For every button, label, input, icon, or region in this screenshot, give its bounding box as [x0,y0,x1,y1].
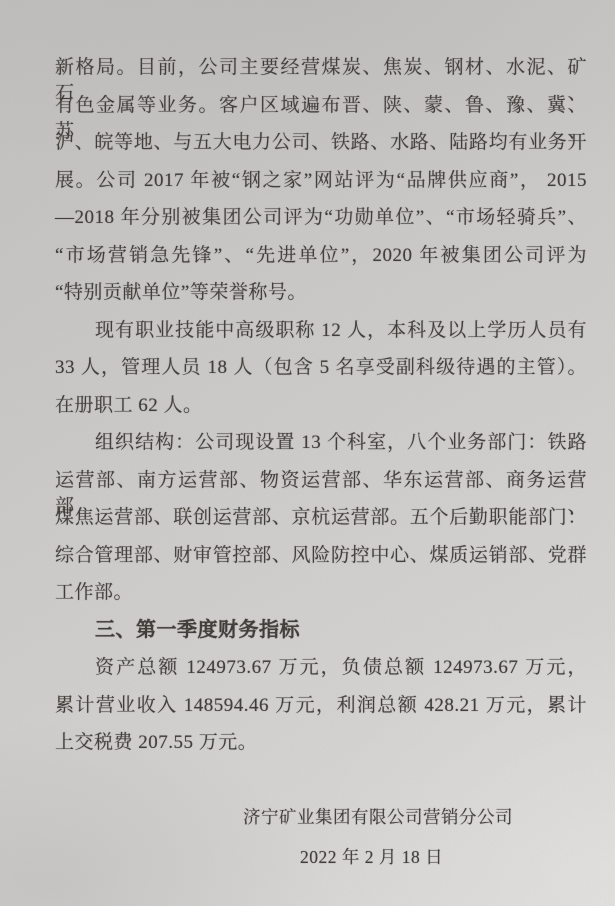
body-text-line: 运营部、南方运营部、物资运营部、华东运营部、商务运营部、 [55,468,587,498]
body-text-line: 33 人，管理人员 18 人（包含 5 名享受副科级待遇的主管）。 [55,355,587,385]
body-text-line: 组织结构：公司现设置 13 个科室，八个业务部门：铁路 [55,430,587,460]
body-text-line: 工作部。 [55,580,587,610]
body-text-line: 沪、皖等地、与五大电力公司、铁路、水路、陆路均有业务开 [55,130,587,160]
body-text-line: 有色金属等业务。客户区域遍布晋、陕、蒙、鲁、豫、冀、苏、 [55,93,587,123]
body-text-line: 新格局。目前，公司主要经营煤炭、焦炭、钢材、水泥、矿石、 [55,55,587,85]
section-heading-q1-financials: 三、第一季度财务指标 [55,617,587,647]
body-text-line: 累计营业收入 148594.46 万元，利润总额 428.21 万元，累计 [55,693,587,723]
body-text-line: 资产总额 124973.67 万元，负债总额 124973.67 万元， [55,655,587,685]
body-text-line: 展。公司 2017 年被“钢之家”网站评为“品牌供应商”， 2015 [55,168,587,198]
body-text-line: 煤焦运营部、联创运营部、京杭运营部。五个后勤职能部门： [55,505,587,535]
signature-company: 济宁矿业集团有限公司营销分公司 [243,804,513,829]
body-text-line: 在册职工 62 人。 [55,393,587,423]
body-text-line: —2018 年分别被集团公司评为“功勋单位”、“市场轻骑兵”、 [55,205,587,235]
scanned-document-page: 新格局。目前，公司主要经营煤炭、焦炭、钢材、水泥、矿石、 有色金属等业务。客户区… [0,0,615,906]
body-text-line: 现有职业技能中高级职称 12 人，本科及以上学历人员有 [55,318,587,348]
body-text-line: “市场营销急先锋”、“先进单位”，2020 年被集团公司评为 [55,243,587,273]
body-text-line: 上交税费 207.55 万元。 [55,730,587,760]
body-text-line: “特别贡献单位”等荣誉称号。 [55,280,587,310]
signature-date: 2022 年 2 月 18 日 [300,844,443,869]
body-text-line: 综合管理部、财审管控部、风险防控中心、煤质运销部、党群 [55,543,587,573]
